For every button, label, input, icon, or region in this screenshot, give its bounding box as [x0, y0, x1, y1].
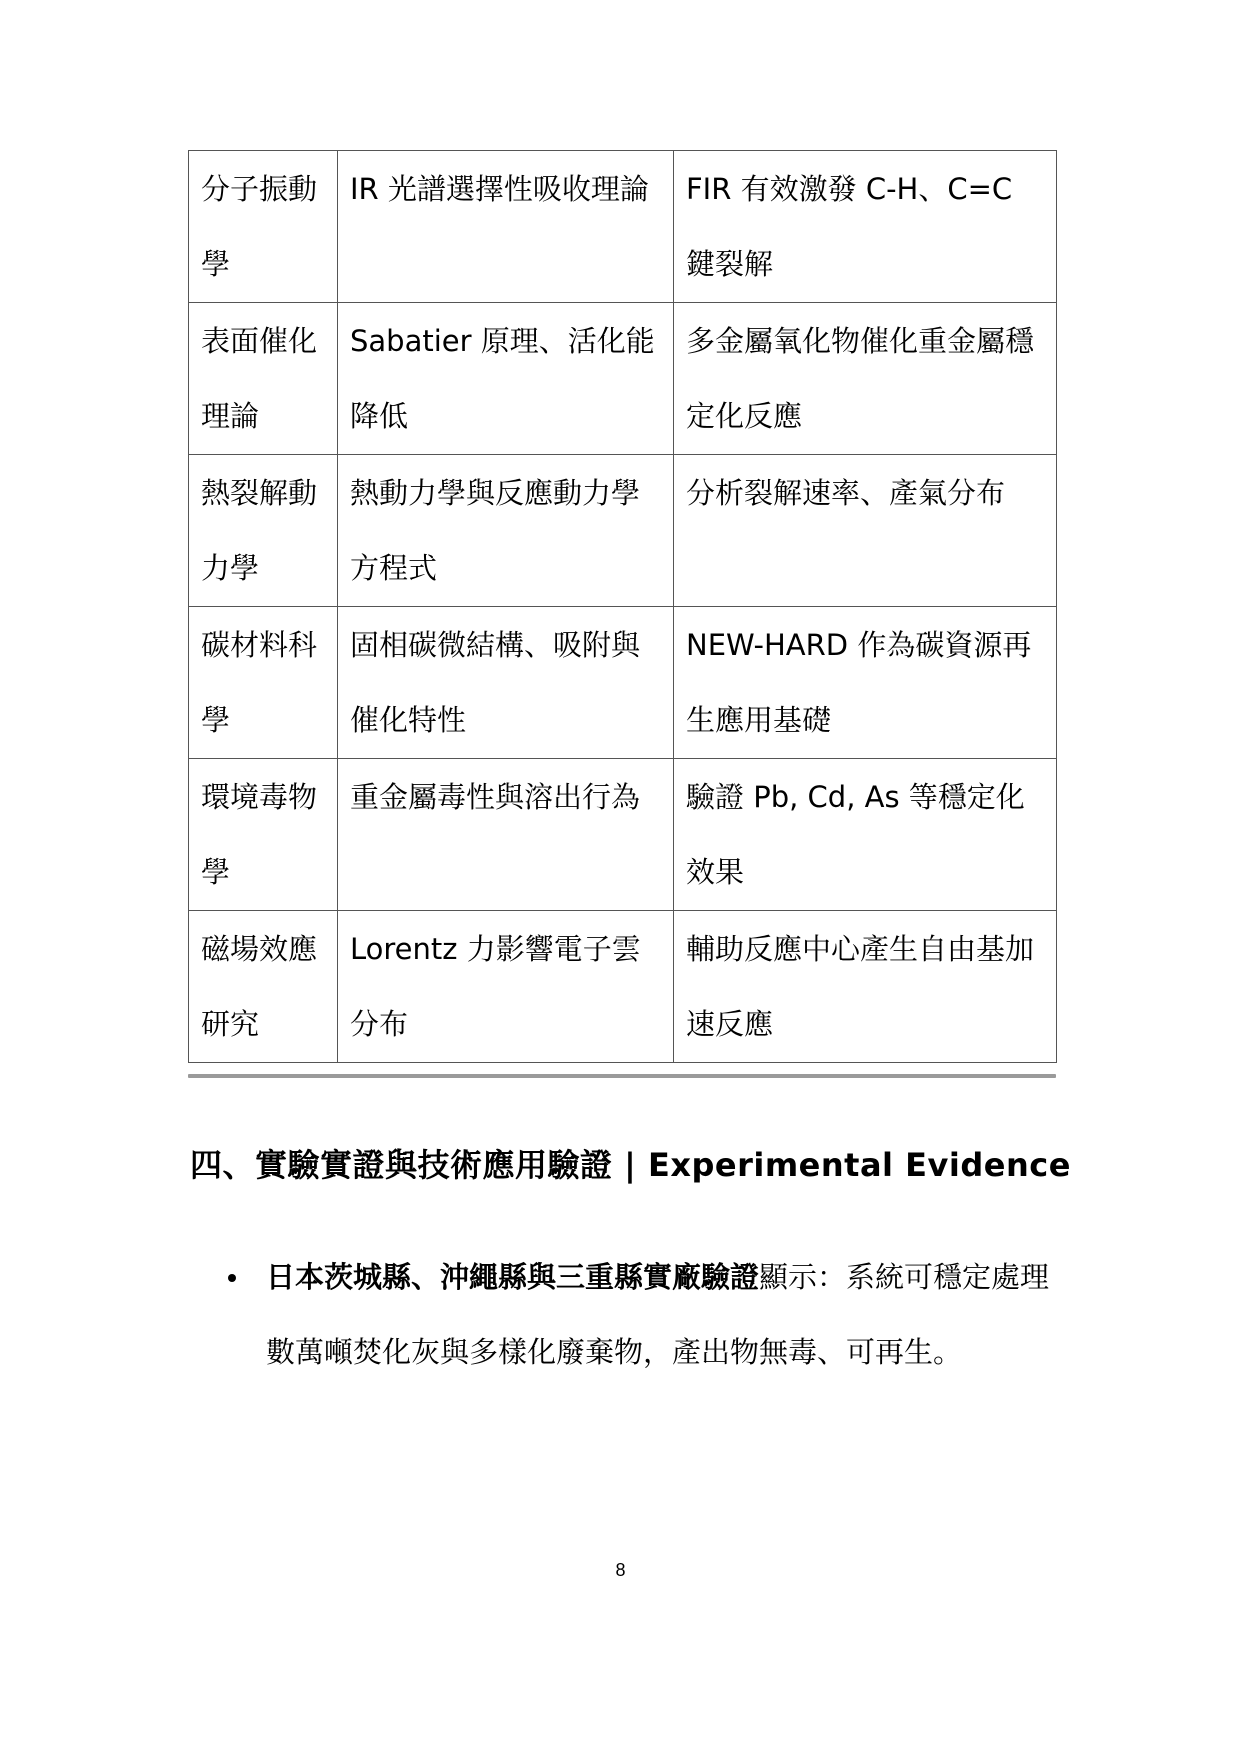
field-cell: 熱裂解動力學: [189, 455, 338, 607]
theory-cell: IR 光譜選擇性吸收理論: [338, 151, 674, 303]
bullet-bold-text: 日本茨城縣、沖繩縣與三重縣實廠驗證: [266, 1260, 759, 1294]
theory-cell: Lorentz 力影響電子雲分布: [338, 911, 674, 1063]
theory-cell: 固相碳微結構、吸附與催化特性: [338, 607, 674, 759]
table-row: 分子振動學 IR 光譜選擇性吸收理論 FIR 有效激發 C-H、C=C 鍵裂解: [189, 151, 1057, 303]
theory-application-table: 分子振動學 IR 光譜選擇性吸收理論 FIR 有效激發 C-H、C=C 鍵裂解 …: [188, 150, 1057, 1063]
field-cell: 碳材料科學: [189, 607, 338, 759]
page-number: 8: [0, 1560, 1241, 1581]
horizontal-rule: [188, 1074, 1056, 1078]
evidence-list: 日本茨城縣、沖繩縣與三重縣實廠驗證顯示：系統可穩定處理數萬噸焚化灰與多樣化廢棄物…: [190, 1240, 1070, 1390]
application-cell: NEW-HARD 作為碳資源再生應用基礎: [674, 607, 1057, 759]
table-row: 環境毒物學 重金屬毒性與溶出行為 驗證 Pb, Cd, As 等穩定化效果: [189, 759, 1057, 911]
table-row: 碳材料科學 固相碳微結構、吸附與催化特性 NEW-HARD 作為碳資源再生應用基…: [189, 607, 1057, 759]
table-row: 磁場效應研究 Lorentz 力影響電子雲分布 輔助反應中心產生自由基加速反應: [189, 911, 1057, 1063]
theory-cell: Sabatier 原理、活化能降低: [338, 303, 674, 455]
application-cell: 多金屬氧化物催化重金屬穩定化反應: [674, 303, 1057, 455]
application-cell: 分析裂解速率、產氣分布: [674, 455, 1057, 607]
application-cell: FIR 有效激發 C-H、C=C 鍵裂解: [674, 151, 1057, 303]
field-cell: 環境毒物學: [189, 759, 338, 911]
application-cell: 輔助反應中心產生自由基加速反應: [674, 911, 1057, 1063]
document-page: 分子振動學 IR 光譜選擇性吸收理論 FIR 有效激發 C-H、C=C 鍵裂解 …: [0, 0, 1241, 1755]
table-row: 表面催化理論 Sabatier 原理、活化能降低 多金屬氧化物催化重金屬穩定化反…: [189, 303, 1057, 455]
field-cell: 表面催化理論: [189, 303, 338, 455]
section-heading: 四、實驗實證與技術應用驗證 | Experimental Evidence: [190, 1140, 1071, 1186]
field-cell: 分子振動學: [189, 151, 338, 303]
table-row: 熱裂解動力學 熱動力學與反應動力學方程式 分析裂解速率、產氣分布: [189, 455, 1057, 607]
bullet-icon: [228, 1274, 236, 1282]
application-cell: 驗證 Pb, Cd, As 等穩定化效果: [674, 759, 1057, 911]
field-cell: 磁場效應研究: [189, 911, 338, 1063]
list-item: 日本茨城縣、沖繩縣與三重縣實廠驗證顯示：系統可穩定處理數萬噸焚化灰與多樣化廢棄物…: [190, 1240, 1070, 1390]
theory-cell: 熱動力學與反應動力學方程式: [338, 455, 674, 607]
theory-cell: 重金屬毒性與溶出行為: [338, 759, 674, 911]
